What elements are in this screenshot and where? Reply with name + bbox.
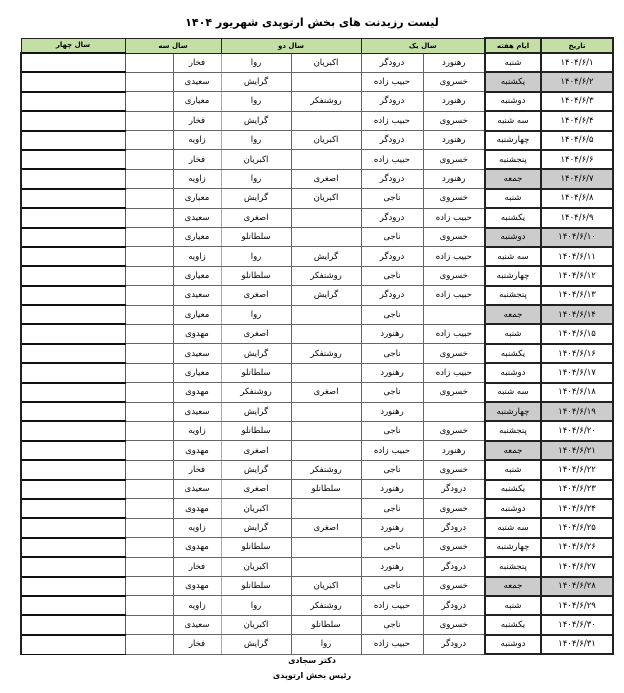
- day-cell: چهارشنبه: [485, 266, 541, 285]
- year1-cell-b: رهنورد: [361, 518, 423, 537]
- year2-cell-a: [291, 538, 361, 557]
- year1-cell-a: خسروی: [423, 421, 485, 440]
- year1-cell-a: رهنورد: [423, 92, 485, 111]
- year4-cell: [21, 421, 125, 440]
- year2-cell-b: سلطانلو: [221, 421, 291, 440]
- year2-cell-a: روشنفکر: [291, 266, 361, 285]
- year4-cell: [21, 499, 125, 518]
- year2-cell-a: اکبریان: [291, 577, 361, 596]
- year1-cell-b: درودگر: [361, 208, 423, 227]
- year2-cell-b: گرایش: [221, 344, 291, 363]
- year3-cell-a: معیاری: [173, 92, 221, 111]
- year3-cell-a: فخار: [173, 460, 221, 479]
- year3-cell-b: [125, 72, 173, 91]
- year3-cell-a: سعیدی: [173, 208, 221, 227]
- year1-cell-b: رهنورد: [361, 480, 423, 499]
- date-cell: ۱۴۰۴/۶/۹: [541, 208, 613, 227]
- year4-cell: [21, 383, 125, 402]
- year4-cell: [21, 518, 125, 537]
- year4-cell: [21, 363, 125, 382]
- year1-cell-a: خسروی: [423, 499, 485, 518]
- year1-cell-a: خسروی: [423, 189, 485, 208]
- year1-cell-a: حبیب زاده: [423, 247, 485, 266]
- year3-cell-a: فخار: [173, 150, 221, 169]
- table-row: مهدویاصغریرهنوردحبیب زادهشنبه۱۴۰۴/۶/۱۵: [21, 324, 613, 343]
- table-row: فخارگرایشروشنفکرناجیخسرویشنبه۱۴۰۴/۶/۲۲: [21, 460, 613, 479]
- day-cell: جمعه: [485, 577, 541, 596]
- year2-cell-a: [291, 363, 361, 382]
- year1-cell-a: حبیب زاده: [423, 208, 485, 227]
- table-row: زاویهرواروشنفکرحبیب زادهدرودگرشنبه۱۴۰۴/۶…: [21, 596, 613, 615]
- year2-cell-a: [291, 208, 361, 227]
- year3-cell-a: فخار: [173, 111, 221, 130]
- year3-cell-a: مهدوی: [173, 577, 221, 596]
- year3-cell-a: زاویه: [173, 169, 221, 188]
- year2-cell-a: اکبریان: [291, 189, 361, 208]
- year1-cell-b: درودگر: [361, 131, 423, 150]
- year2-cell-a: [291, 324, 361, 343]
- year3-cell-a: فخار: [173, 53, 221, 72]
- year1-cell-a: حبیب زاده: [423, 324, 485, 343]
- year1-cell-b: ناجی: [361, 615, 423, 634]
- year2-cell-a: [291, 402, 361, 421]
- year2-cell-b: سلطانلو: [221, 228, 291, 247]
- year1-cell-b: ناجی: [361, 421, 423, 440]
- year1-cell-a: خسروی: [423, 111, 485, 130]
- day-cell: چهارشنبه: [485, 131, 541, 150]
- date-cell: ۱۴۰۴/۶/۱۵: [541, 324, 613, 343]
- year1-cell-b: حبیب زاده: [361, 635, 423, 654]
- year4-cell: [21, 111, 125, 130]
- year3-cell-a: مهدوی: [173, 499, 221, 518]
- year3-cell-b: [125, 150, 173, 169]
- year1-cell-a: [423, 305, 485, 324]
- year4-cell: [21, 635, 125, 654]
- year4-cell: [21, 344, 125, 363]
- year3-cell-a: معیاری: [173, 305, 221, 324]
- year1-cell-a: حبیب زاده: [423, 363, 485, 382]
- day-cell: سه شنبه: [485, 518, 541, 537]
- year1-cell-b: ناجی: [361, 189, 423, 208]
- year3-cell-b: [125, 228, 173, 247]
- year4-cell: [21, 189, 125, 208]
- table-row: سعیدیاصغریگرایشدرودگرحبیب زادهپنجشنبه۱۴۰…: [21, 286, 613, 305]
- year1-cell-a: حبیب زاده: [423, 286, 485, 305]
- year3-cell-b: [125, 615, 173, 634]
- year3-cell-a: زاویه: [173, 518, 221, 537]
- year2-cell-b: اصغری: [221, 208, 291, 227]
- year1-cell-b: رهنورد: [361, 363, 423, 382]
- year4-cell: [21, 150, 125, 169]
- table-row: فخارروااکبریاندرودگررهنوردشنبه۱۴۰۴/۶/۱: [21, 53, 613, 72]
- year3-cell-a: مهدوی: [173, 383, 221, 402]
- year1-cell-a: رهنورد: [423, 441, 485, 460]
- year4-cell: [21, 72, 125, 91]
- year2-cell-a: اصغری: [291, 518, 361, 537]
- date-cell: ۱۴۰۴/۶/۳: [541, 92, 613, 111]
- date-cell: ۱۴۰۴/۶/۱۶: [541, 344, 613, 363]
- year3-cell-a: سعیدی: [173, 402, 221, 421]
- year2-cell-b: گرایش: [221, 189, 291, 208]
- year2-cell-b: اصغری: [221, 286, 291, 305]
- day-cell: سه شنبه: [485, 111, 541, 130]
- year1-cell-a: [423, 402, 485, 421]
- year3-cell-b: [125, 266, 173, 285]
- day-cell: پنجشنبه: [485, 286, 541, 305]
- year3-cell-b: [125, 131, 173, 150]
- table-row: مهدویاصغریحبیب زادهرهنوردجمعه۱۴۰۴/۶/۲۱: [21, 441, 613, 460]
- year1-cell-a: خسروی: [423, 383, 485, 402]
- date-cell: ۱۴۰۴/۶/۲۸: [541, 577, 613, 596]
- year4-cell: [21, 402, 125, 421]
- date-cell: ۱۴۰۴/۶/۴: [541, 111, 613, 130]
- year1-cell-b: رهنورد: [361, 324, 423, 343]
- year2-cell-a: [291, 557, 361, 576]
- day-cell: چهارشنبه: [485, 402, 541, 421]
- date-cell: ۱۴۰۴/۶/۱۴: [541, 305, 613, 324]
- year1-cell-a: خسروی: [423, 266, 485, 285]
- year1-cell-b: حبیب زاده: [361, 111, 423, 130]
- year2-cell-a: روا: [291, 635, 361, 654]
- table-row: زاویهروااصغریدرودگررهنوردجمعه۱۴۰۴/۶/۷: [21, 169, 613, 188]
- day-cell: پنجشنبه: [485, 150, 541, 169]
- year2-cell-b: روا: [221, 305, 291, 324]
- year2-cell-a: [291, 441, 361, 460]
- year3-cell-b: [125, 286, 173, 305]
- year3-cell-a: معیاری: [173, 363, 221, 382]
- year3-cell-a: سعیدی: [173, 286, 221, 305]
- year1-cell-a: خسروی: [423, 460, 485, 479]
- year2-cell-a: اکبریان: [291, 131, 361, 150]
- year3-cell-b: [125, 247, 173, 266]
- year1-cell-b: حبیب زاده: [361, 596, 423, 615]
- year1-cell-b: درودگر: [361, 169, 423, 188]
- header-day: ایام هفته: [485, 38, 541, 53]
- year3-cell-b: [125, 344, 173, 363]
- header-year2: سال دو: [221, 38, 361, 53]
- year4-cell: [21, 53, 125, 72]
- date-cell: ۱۴۰۴/۶/۱۳: [541, 286, 613, 305]
- year1-cell-b: درودگر: [361, 286, 423, 305]
- day-cell: شنبه: [485, 53, 541, 72]
- year3-cell-b: [125, 577, 173, 596]
- date-cell: ۱۴۰۴/۶/۲۰: [541, 421, 613, 440]
- year2-cell-a: سلطانلو: [291, 480, 361, 499]
- year2-cell-b: اصغری: [221, 324, 291, 343]
- date-cell: ۱۴۰۴/۶/۲۵: [541, 518, 613, 537]
- year3-cell-b: [125, 363, 173, 382]
- year3-cell-b: [125, 111, 173, 130]
- year1-cell-b: ناجی: [361, 266, 423, 285]
- year1-cell-a: رهنورد: [423, 131, 485, 150]
- year3-cell-a: فخار: [173, 635, 221, 654]
- year4-cell: [21, 266, 125, 285]
- date-cell: ۱۴۰۴/۶/۱: [541, 53, 613, 72]
- year2-cell-b: اصغری: [221, 480, 291, 499]
- year3-cell-b: [125, 208, 173, 227]
- day-cell: سه شنبه: [485, 383, 541, 402]
- day-cell: جمعه: [485, 441, 541, 460]
- year4-cell: [21, 577, 125, 596]
- year1-cell-a: درودگر: [423, 635, 485, 654]
- year2-cell-b: سلطانلو: [221, 266, 291, 285]
- table-row: سعیدیگرایشحبیب زادهخسروییکشنبه۱۴۰۴/۶/۲: [21, 72, 613, 91]
- year3-cell-a: زاویه: [173, 596, 221, 615]
- year2-cell-a: [291, 111, 361, 130]
- table-row: زاویهگرایشاصغریرهنورددرودگرسه شنبه۱۴۰۴/۶…: [21, 518, 613, 537]
- year1-cell-b: ناجی: [361, 538, 423, 557]
- year3-cell-b: [125, 538, 173, 557]
- year2-cell-a: [291, 72, 361, 91]
- year4-cell: [21, 480, 125, 499]
- year1-cell-b: درودگر: [361, 92, 423, 111]
- signature-role: رئیس بخش ارتوپدی: [0, 671, 624, 680]
- year2-cell-b: اصغری: [221, 441, 291, 460]
- year4-cell: [21, 247, 125, 266]
- table-row: سعیدیاکبریانسلطانلوناجیخسروییکشنبه۱۴۰۴/۶…: [21, 615, 613, 634]
- date-cell: ۱۴۰۴/۶/۸: [541, 189, 613, 208]
- year3-cell-a: سعیدی: [173, 72, 221, 91]
- year1-cell-b: ناجی: [361, 228, 423, 247]
- year3-cell-b: [125, 635, 173, 654]
- day-cell: یکشنبه: [485, 480, 541, 499]
- day-cell: یکشنبه: [485, 208, 541, 227]
- year3-cell-b: [125, 305, 173, 324]
- year4-cell: [21, 131, 125, 150]
- year3-cell-b: [125, 421, 173, 440]
- date-cell: ۱۴۰۴/۶/۱۸: [541, 383, 613, 402]
- day-cell: جمعه: [485, 305, 541, 324]
- year2-cell-a: روشنفکر: [291, 344, 361, 363]
- day-cell: دوشنبه: [485, 363, 541, 382]
- day-cell: دوشنبه: [485, 499, 541, 518]
- year3-cell-b: [125, 499, 173, 518]
- year2-cell-b: سلطانلو: [221, 538, 291, 557]
- year3-cell-b: [125, 53, 173, 72]
- year1-cell-b: ناجی: [361, 460, 423, 479]
- date-cell: ۱۴۰۴/۶/۱۰: [541, 228, 613, 247]
- year1-cell-a: خسروی: [423, 344, 485, 363]
- day-cell: شنبه: [485, 596, 541, 615]
- year4-cell: [21, 460, 125, 479]
- year2-cell-a: اصغری: [291, 169, 361, 188]
- year4-cell: [21, 169, 125, 188]
- table-row: فخارگرایشحبیب زادهخسرویسه شنبه۱۴۰۴/۶/۴: [21, 111, 613, 130]
- table-row: سعیدیاصغریسلطانلورهنورددرودگریکشنبه۱۴۰۴/…: [21, 480, 613, 499]
- date-cell: ۱۴۰۴/۶/۲۴: [541, 499, 613, 518]
- year4-cell: [21, 324, 125, 343]
- table-row: فخاراکبریانرهنورددرودگرپنجشنبه۱۴۰۴/۶/۲۷: [21, 557, 613, 576]
- year2-cell-a: [291, 499, 361, 518]
- year3-cell-a: مهدوی: [173, 441, 221, 460]
- year2-cell-b: گرایش: [221, 111, 291, 130]
- year3-cell-a: سعیدی: [173, 344, 221, 363]
- year1-cell-b: ناجی: [361, 499, 423, 518]
- year2-cell-b: گرایش: [221, 460, 291, 479]
- year2-cell-a: [291, 421, 361, 440]
- year2-cell-b: روا: [221, 92, 291, 111]
- table-row: مهدویاکبریانناجیخسرویدوشنبه۱۴۰۴/۶/۲۴: [21, 499, 613, 518]
- year2-cell-a: [291, 228, 361, 247]
- signature-name: دکتر سجادی: [0, 656, 624, 665]
- day-cell: شنبه: [485, 460, 541, 479]
- year2-cell-a: روشنفکر: [291, 596, 361, 615]
- year4-cell: [21, 286, 125, 305]
- day-cell: پنجشنبه: [485, 557, 541, 576]
- date-cell: ۱۴۰۴/۶/۲۱: [541, 441, 613, 460]
- year3-cell-a: سعیدی: [173, 615, 221, 634]
- date-cell: ۱۴۰۴/۶/۲: [541, 72, 613, 91]
- year2-cell-b: گرایش: [221, 518, 291, 537]
- date-cell: ۱۴۰۴/۶/۲۷: [541, 557, 613, 576]
- table-row: زاویهسلطانلوناجیخسرویپنجشنبه۱۴۰۴/۶/۲۰: [21, 421, 613, 440]
- date-cell: ۱۴۰۴/۶/۳۱: [541, 635, 613, 654]
- year2-cell-a: [291, 305, 361, 324]
- year1-cell-a: درودگر: [423, 480, 485, 499]
- day-cell: یکشنبه: [485, 72, 541, 91]
- year2-cell-b: روا: [221, 247, 291, 266]
- year2-cell-a: [291, 150, 361, 169]
- year1-cell-b: حبیب زاده: [361, 441, 423, 460]
- date-cell: ۱۴۰۴/۶/۶: [541, 150, 613, 169]
- year2-cell-a: روشنفکر: [291, 92, 361, 111]
- table-row: فخاراکبریانحبیب زادهخسرویپنجشنبه۱۴۰۴/۶/۶: [21, 150, 613, 169]
- date-cell: ۱۴۰۴/۶/۲۶: [541, 538, 613, 557]
- year3-cell-b: [125, 518, 173, 537]
- header-year4: سال چهار: [21, 38, 125, 53]
- day-cell: یکشنبه: [485, 344, 541, 363]
- day-cell: دوشنبه: [485, 92, 541, 111]
- year3-cell-a: زاویه: [173, 421, 221, 440]
- day-cell: جمعه: [485, 169, 541, 188]
- table-row: مهدویروشنفکراصغریناجیخسرویسه شنبه۱۴۰۴/۶/…: [21, 383, 613, 402]
- year1-cell-a: درودگر: [423, 557, 485, 576]
- year1-cell-a: خسروی: [423, 72, 485, 91]
- year3-cell-a: زاویه: [173, 131, 221, 150]
- year3-cell-b: [125, 460, 173, 479]
- table-row: معیاریسلطانلوناجیخسرویدوشنبه۱۴۰۴/۶/۱۰: [21, 228, 613, 247]
- date-cell: ۱۴۰۴/۶/۲۲: [541, 460, 613, 479]
- year1-cell-a: خسروی: [423, 615, 485, 634]
- year3-cell-a: معیاری: [173, 266, 221, 285]
- day-cell: سه شنبه: [485, 247, 541, 266]
- year1-cell-b: ناجی: [361, 577, 423, 596]
- year1-cell-b: حبیب زاده: [361, 72, 423, 91]
- table-row: سعیدیاصغریدرودگرحبیب زادهیکشنبه۱۴۰۴/۶/۹: [21, 208, 613, 227]
- header-year3: سال سه: [125, 38, 221, 53]
- year1-cell-b: حبیب زاده: [361, 150, 423, 169]
- year2-cell-b: روشنفکر: [221, 383, 291, 402]
- year1-cell-a: درودگر: [423, 596, 485, 615]
- year3-cell-b: [125, 402, 173, 421]
- year2-cell-b: اکبریان: [221, 499, 291, 518]
- day-cell: شنبه: [485, 189, 541, 208]
- table-row: معیاریسلطانلورهنوردحبیب زادهدوشنبه۱۴۰۴/۶…: [21, 363, 613, 382]
- table-row: سعیدیگرایشروشنفکرناجیخسروییکشنبه۱۴۰۴/۶/۱…: [21, 344, 613, 363]
- year3-cell-a: زاویه: [173, 247, 221, 266]
- year4-cell: [21, 615, 125, 634]
- year1-cell-b: ناجی: [361, 344, 423, 363]
- year3-cell-b: [125, 480, 173, 499]
- year1-cell-a: خسروی: [423, 228, 485, 247]
- year1-cell-b: رهنورد: [361, 402, 423, 421]
- year2-cell-b: روا: [221, 596, 291, 615]
- year4-cell: [21, 305, 125, 324]
- table-row: زاویهرواگرایشدرودگرحبیب زادهسه شنبه۱۴۰۴/…: [21, 247, 613, 266]
- table-body: فخارروااکبریاندرودگررهنوردشنبه۱۴۰۴/۶/۱سع…: [21, 53, 613, 654]
- year2-cell-a: سلطانلو: [291, 615, 361, 634]
- year4-cell: [21, 538, 125, 557]
- day-cell: پنجشنبه: [485, 421, 541, 440]
- page-title: لیست رزیدنت های بخش ارتوپدی شهریور ۱۴۰۴: [0, 16, 624, 29]
- year2-cell-b: سلطانلو: [221, 577, 291, 596]
- header-year1: سال یک: [361, 38, 485, 53]
- year4-cell: [21, 228, 125, 247]
- year3-cell-a: مهدوی: [173, 324, 221, 343]
- table-row: معیاریرواروشنفکردرودگررهنورددوشنبه۱۴۰۴/۶…: [21, 92, 613, 111]
- date-cell: ۱۴۰۴/۶/۵: [541, 131, 613, 150]
- year1-cell-a: خسروی: [423, 577, 485, 596]
- year3-cell-a: سعیدی: [173, 480, 221, 499]
- year4-cell: [21, 441, 125, 460]
- table-row: معیاریسلطانلوروشنفکرناجیخسرویچهارشنبه۱۴۰…: [21, 266, 613, 285]
- year1-cell-a: درودگر: [423, 518, 485, 537]
- year1-cell-b: رهنورد: [361, 557, 423, 576]
- year2-cell-a: گرایش: [291, 247, 361, 266]
- date-cell: ۱۴۰۴/۶/۱۹: [541, 402, 613, 421]
- day-cell: چهارشنبه: [485, 538, 541, 557]
- year2-cell-b: گرایش: [221, 635, 291, 654]
- year1-cell-b: درودگر: [361, 53, 423, 72]
- year1-cell-a: رهنورد: [423, 53, 485, 72]
- table-row: مهدویسلطانلوناجیخسرویچهارشنبه۱۴۰۴/۶/۲۶: [21, 538, 613, 557]
- year3-cell-b: [125, 557, 173, 576]
- year4-cell: [21, 92, 125, 111]
- table-row: فخارگرایشرواحبیب زادهدرودگردوشنبه۱۴۰۴/۶/…: [21, 635, 613, 654]
- year1-cell-a: رهنورد: [423, 169, 485, 188]
- day-cell: دوشنبه: [485, 635, 541, 654]
- year2-cell-b: گرایش: [221, 72, 291, 91]
- date-cell: ۱۴۰۴/۶/۱۷: [541, 363, 613, 382]
- year2-cell-b: اکبریان: [221, 557, 291, 576]
- table-row: معیاریرواناجیجمعه۱۴۰۴/۶/۱۴: [21, 305, 613, 324]
- year3-cell-b: [125, 189, 173, 208]
- table-row: مهدویسلطانلواکبریانناجیخسرویجمعه۱۴۰۴/۶/۲…: [21, 577, 613, 596]
- date-cell: ۱۴۰۴/۶/۲۳: [541, 480, 613, 499]
- day-cell: یکشنبه: [485, 615, 541, 634]
- header-date: تاریخ: [541, 38, 613, 53]
- year1-cell-a: خسروی: [423, 538, 485, 557]
- year3-cell-b: [125, 92, 173, 111]
- day-cell: دوشنبه: [485, 228, 541, 247]
- year2-cell-a: روشنفکر: [291, 460, 361, 479]
- year2-cell-b: روا: [221, 53, 291, 72]
- year2-cell-b: اکبریان: [221, 615, 291, 634]
- year2-cell-a: اکبریان: [291, 53, 361, 72]
- year1-cell-b: درودگر: [361, 247, 423, 266]
- year1-cell-b: ناجی: [361, 305, 423, 324]
- year3-cell-b: [125, 324, 173, 343]
- year1-cell-b: ناجی: [361, 383, 423, 402]
- date-cell: ۱۴۰۴/۶/۷: [541, 169, 613, 188]
- year2-cell-b: روا: [221, 131, 291, 150]
- table-row: معیاریگرایشاکبریانناجیخسرویشنبه۱۴۰۴/۶/۸: [21, 189, 613, 208]
- year2-cell-b: سلطانلو: [221, 363, 291, 382]
- year2-cell-b: گرایش: [221, 402, 291, 421]
- year3-cell-b: [125, 596, 173, 615]
- year2-cell-a: اصغری: [291, 383, 361, 402]
- year4-cell: [21, 208, 125, 227]
